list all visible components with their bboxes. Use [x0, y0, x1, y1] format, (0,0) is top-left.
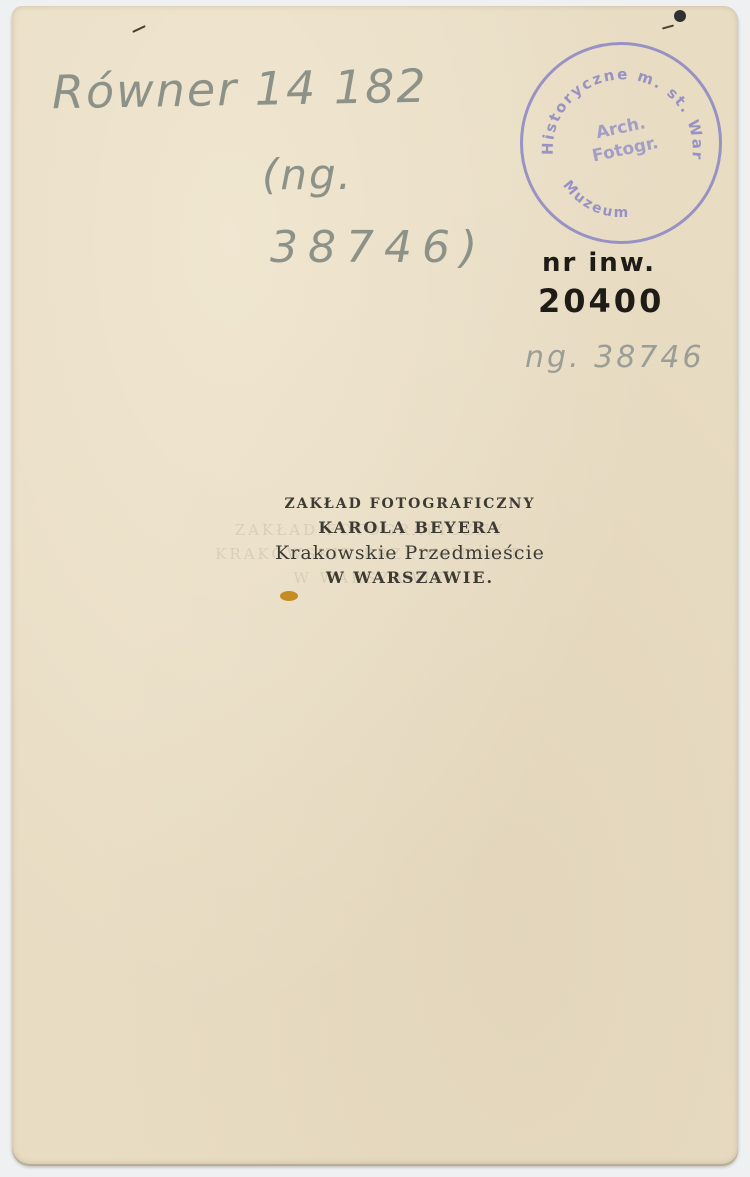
- ink-dot: [674, 10, 686, 22]
- pencil-note-catalog: ng. 38746: [525, 340, 705, 375]
- stain-spot: [280, 591, 298, 601]
- imprint-photographer: KAROLA BEYERA: [200, 516, 620, 540]
- scratch-mark: [132, 25, 146, 33]
- scratch-mark: [662, 24, 674, 29]
- inventory-number: 20400: [538, 282, 664, 320]
- svg-text:Muzeum: Muzeum: [559, 178, 630, 222]
- pencil-note-line2: (ng.: [262, 150, 353, 199]
- imprint-street: Krakowskie Przedmieście: [200, 540, 620, 566]
- pencil-note-line1: Równer 14 182: [52, 59, 429, 120]
- pencil-note-line3: 38746): [270, 222, 487, 273]
- imprint-city: W WARSZAWIE.: [200, 566, 620, 590]
- inventory-label: nr inw.: [542, 248, 656, 278]
- museum-stamp: Historyczne m. st. Warszawy Muzeum Arch.…: [520, 42, 722, 244]
- photographer-imprint: ZAKŁAD FOTOGRAFICZNY KAROLA BEYERA Krako…: [200, 492, 620, 590]
- imprint-studio: ZAKŁAD FOTOGRAFICZNY: [200, 492, 620, 516]
